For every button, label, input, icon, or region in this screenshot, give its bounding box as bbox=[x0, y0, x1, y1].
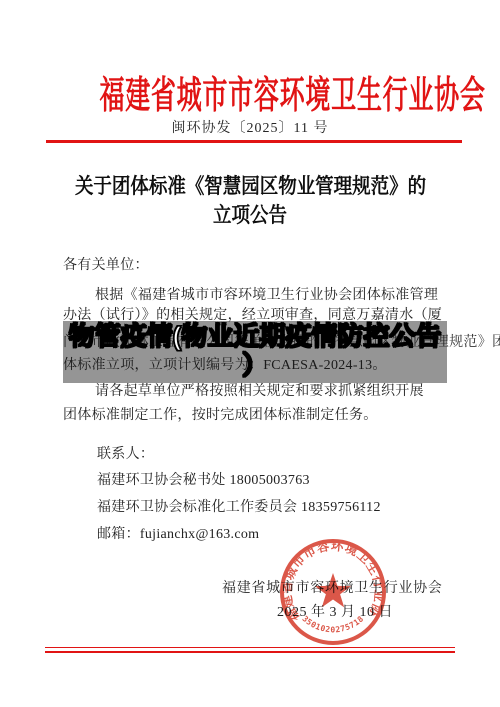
paragraph2-line2: 团体标准制定工作，按时完成团体标准制定任务。 bbox=[63, 404, 378, 424]
paragraph2-line1: 请各起草单位严格按照相关规定和要求抓紧组织开展 bbox=[95, 380, 424, 400]
watermark-text-line2: ） bbox=[58, 351, 452, 380]
svg-text:3501020275718: 3501020275718 bbox=[300, 614, 365, 634]
contact-label: 联系人： bbox=[97, 443, 154, 463]
document-page: 福建省城市市容环境卫生行业协会 闽环协发〔2025〕11 号 关于团体标准《智慧… bbox=[0, 0, 500, 707]
header-divider bbox=[46, 140, 462, 143]
seal-code-text: 3501020275718 bbox=[300, 614, 365, 634]
greeting: 各有关单位： bbox=[63, 254, 149, 274]
official-seal: 福建省城市市容环境卫生行业协会 3501020275718 bbox=[272, 531, 394, 653]
org-title: 福建省城市市容环境卫生行业协会 bbox=[0, 64, 500, 119]
seal-star-icon bbox=[315, 573, 351, 607]
watermark-text-line1: 物管疫情(物业近期疫情防控公告 bbox=[58, 322, 452, 351]
doc-number: 闽环协发〔2025〕11 号 bbox=[0, 117, 500, 137]
seal-ring-text: 福建省城市市容环境卫生行业协会 bbox=[272, 531, 387, 624]
watermark-text: 物管疫情(物业近期疫情防控公告 ） bbox=[58, 322, 452, 380]
contact-secretariat: 福建环卫协会秘书处 18005003763 bbox=[97, 469, 310, 489]
paragraph1-line1: 根据《福建省城市市容环境卫生行业协会团体标准管理 bbox=[95, 284, 438, 304]
notice-title-line1: 关于团体标准《智慧园区物业管理规范》的 bbox=[0, 170, 500, 200]
notice-title-line2: 立项公告 bbox=[0, 199, 500, 229]
contact-email: 邮箱：fujianchx@163.com bbox=[97, 523, 259, 543]
svg-text:福建省城市市容环境卫生行业协会: 福建省城市市容环境卫生行业协会 bbox=[272, 531, 387, 624]
seal-graphic: 福建省城市市容环境卫生行业协会 3501020275718 bbox=[272, 531, 387, 643]
contact-committee: 福建环卫协会标准化工作委员会 18359756112 bbox=[97, 496, 381, 516]
org-title-text: 福建省城市市容环境卫生行业协会 bbox=[99, 64, 485, 119]
